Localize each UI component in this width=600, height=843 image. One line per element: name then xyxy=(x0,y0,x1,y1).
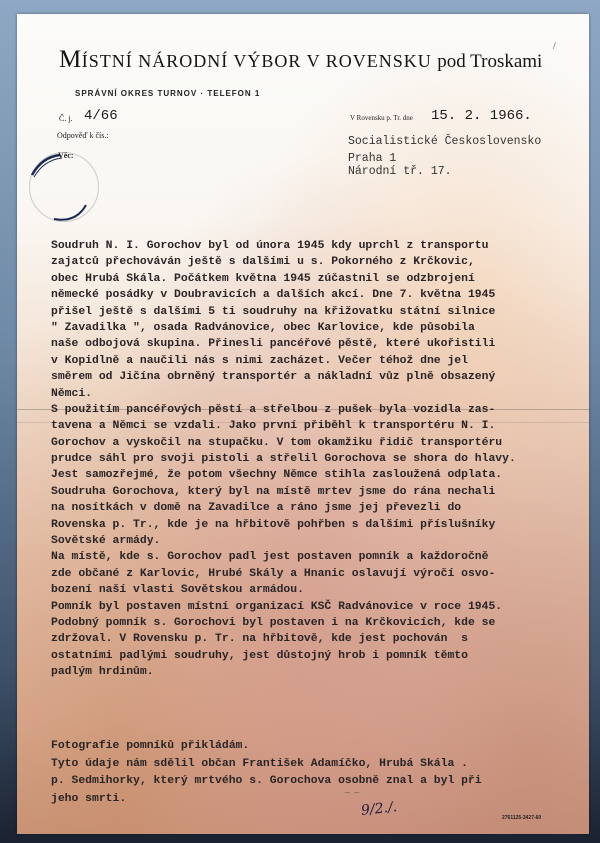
text-line: německé posádky v Doubravicích a dalších… xyxy=(51,287,571,303)
letter-paper: / MÍSTNÍ NÁRODNÍ VÝBOR V ROVENSKU pod Tr… xyxy=(17,14,589,834)
place-date-label: V Rovensku p. Tr. dne xyxy=(350,114,413,122)
text-line: v Kopidlně a naučili nás s nimi zacházet… xyxy=(51,353,571,369)
addressee-block: Socialistické Československo Praha 1 Nár… xyxy=(348,135,541,178)
text-line: naše odbojová skupina. Přinesli pancéřov… xyxy=(51,336,571,352)
text-line: Sovětské armády. xyxy=(51,533,571,549)
letterhead-tail: pod Troskami xyxy=(437,51,542,72)
text-line: tavena a Němci se vzdali. Jako první při… xyxy=(51,418,571,434)
round-stamp xyxy=(29,152,99,222)
text-line: na nosítkách v domě na Zavadilce a ráno … xyxy=(51,500,571,516)
text-line: Fotografie pomníků přikládám. xyxy=(51,738,571,756)
text-line: jeho smrti. xyxy=(51,791,571,809)
reply-label: Odpověď k čís.: xyxy=(57,131,109,140)
text-line: Gorochov a vyskočil na stupačku. V tom o… xyxy=(51,435,571,451)
text-line: p. Sedmihorky, který mrtvého s. Gorochov… xyxy=(51,773,571,791)
signature: 9/2./. xyxy=(360,799,398,819)
addressee-line: Praha 1 xyxy=(348,152,541,165)
text-line: Němci. xyxy=(51,386,571,402)
print-code: 2761125-3427-60 xyxy=(502,815,541,821)
text-line: Soudruh N. I. Gorochov byl od února 1945… xyxy=(51,238,571,254)
text-line: prudce sáhl pro svoji pistoli a střelil … xyxy=(51,451,571,467)
letterhead-title: MÍSTNÍ NÁRODNÍ VÝBOR V ROVENSKU pod Tros… xyxy=(59,46,542,74)
text-line: Na místě, kde s. Gorochov padl jest post… xyxy=(51,549,571,565)
text-line: ostatními padlými soudruhy, jest důstojn… xyxy=(51,648,571,664)
text-line: " Zavadilka ", osada Radvánovice, obec K… xyxy=(51,320,571,336)
text-line: zdržoval. V Rovensku p. Tr. na hřbitově,… xyxy=(51,631,571,647)
reference-value: 4/66 xyxy=(84,108,118,124)
letter-body: Soudruh N. I. Gorochov byl od února 1945… xyxy=(51,238,571,681)
text-line: obec Hrubá Skála. Počátkem května 1945 z… xyxy=(51,271,571,287)
letterhead-initial: M xyxy=(59,46,82,73)
letterhead-main: ÍSTNÍ NÁRODNÍ VÝBOR V ROVENSKU xyxy=(82,51,432,71)
text-line: přišel ještě s dalšími 5 ti soudruhy na … xyxy=(51,304,571,320)
text-line: Pomník byl postaven místní organizací KS… xyxy=(51,599,571,615)
letterhead-subtitle: SPRÁVNÍ OKRES TURNOV · TELEFON 1 xyxy=(75,89,260,98)
text-line: Tyto údaje nám sdělil občan František Ad… xyxy=(51,756,571,774)
pen-mark: / xyxy=(553,41,556,52)
date-value: 15. 2. 1966. xyxy=(431,108,532,124)
addressee-line: Socialistické Československo xyxy=(348,135,541,148)
text-line: Jest samozřejmé, že potom všechny Němce … xyxy=(51,467,571,483)
addressee-line: Národní tř. 17. xyxy=(348,165,541,178)
reference-label: Č. j. xyxy=(59,114,73,123)
text-line: směrem od Jičína obrněný transportér a n… xyxy=(51,369,571,385)
text-line: Soudruha Gorochova, který byl na místě m… xyxy=(51,484,571,500)
text-line: bození naší vlasti Sovětskou armádou. xyxy=(51,582,571,598)
text-line: Podobný pomník s. Gorochovi byl postaven… xyxy=(51,615,571,631)
text-line: Rovenska p. Tr., kde je na hřbitově pohř… xyxy=(51,517,571,533)
text-line: padlým hrdinům. xyxy=(51,664,571,680)
text-line: zde občané z Karlovic, Hrubé Skály a Hna… xyxy=(51,566,571,582)
text-line: S použitím pancéřových pěstí a střelbou … xyxy=(51,402,571,418)
handwritten-note: ~ ~ xyxy=(344,788,360,797)
text-line: zajatců přechováván ještě s dalšími u s.… xyxy=(51,254,571,270)
letter-closing: Fotografie pomníků přikládám.Tyto údaje … xyxy=(51,738,571,808)
stamp-arcs-icon xyxy=(24,147,104,227)
